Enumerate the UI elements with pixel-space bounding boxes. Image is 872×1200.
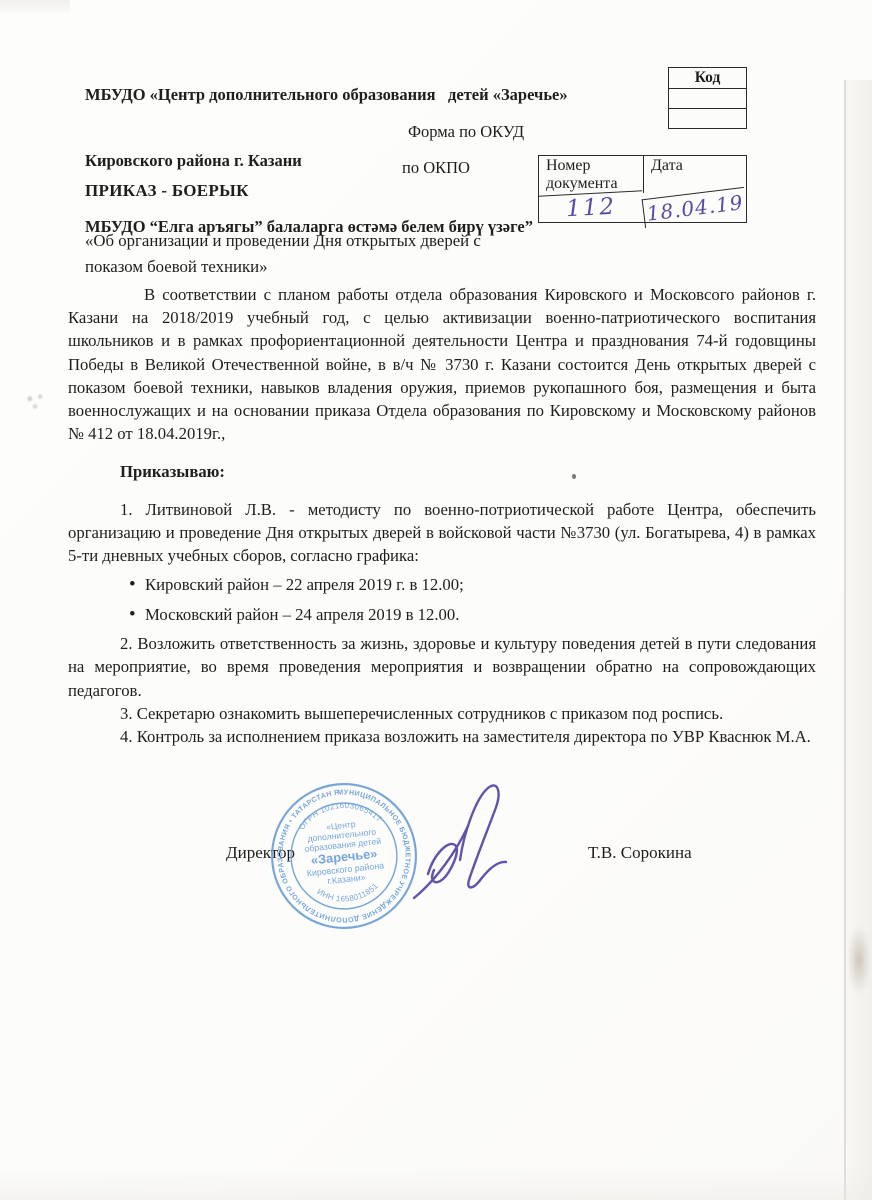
order-item-1: 1. Литвиновой Л.В. - методисту по военно… <box>68 498 816 568</box>
schedule-bullet-list: Кировский район – 22 апреля 2019 г. в 12… <box>68 570 816 630</box>
bullet-item-text: Московский район – 24 апреля 2019 в 12.0… <box>145 605 459 624</box>
order-subject-line-2: показом боевой техники» <box>85 254 575 280</box>
director-name: Т.В. Сорокина <box>588 843 692 863</box>
code-table-header: Код <box>668 67 747 89</box>
code-table-empty-cell <box>668 109 747 129</box>
code-table: Код <box>668 67 747 129</box>
bullet-item-text: Кировский район – 22 апреля 2019 г. в 12… <box>145 575 464 594</box>
scan-edge-line <box>844 80 846 1200</box>
order-subject: «Об организации и проведении Дня открыты… <box>85 228 575 280</box>
order-body: В соответствии с планом работы отдела об… <box>68 283 816 748</box>
stamp-inn-text: ИНН 1658011851 <box>315 881 382 907</box>
order-title: ПРИКАЗ - БОЕРЫК <box>85 181 249 201</box>
org-name-line-1: МБУДО «Центр дополнительного образования… <box>85 84 685 106</box>
scan-bottom-shade <box>0 1168 872 1200</box>
order-item-2: 2. Возложить ответственность за жизнь, з… <box>68 632 816 702</box>
doc-date-handwritten-value: 18.04.19 <box>642 187 748 228</box>
doc-number-date-table: Номер документа Дата 112 18.04.19 <box>538 155 747 223</box>
order-item-4: 4. Контроль за исполнением приказа возло… <box>68 725 816 748</box>
scan-smudge <box>847 925 871 995</box>
doc-number-header-cell: Номер документа <box>539 156 643 193</box>
okud-form-label: Форма по ОКУД <box>408 122 524 142</box>
doc-number-handwritten-value: 112 <box>538 190 643 224</box>
bullet-item: Московский район – 24 апреля 2019 в 12.0… <box>68 600 816 630</box>
order-subject-line-1: «Об организации и проведении Дня открыты… <box>85 228 575 254</box>
preamble-paragraph: В соответствии с планом работы отдела об… <box>68 283 816 445</box>
order-item-3: 3. Секретарю ознакомить вышеперечисленны… <box>68 702 816 725</box>
scan-edge-strip <box>846 80 872 1200</box>
resolve-heading: Приказываю: <box>68 460 816 483</box>
scanned-order-document: МБУДО «Центр дополнительного образования… <box>0 0 872 1200</box>
scan-smudge <box>22 390 48 412</box>
ink-speck <box>572 474 576 479</box>
director-signature <box>398 780 543 905</box>
code-table-empty-cell <box>668 89 747 109</box>
okpo-label: по ОКПО <box>402 158 470 178</box>
scan-corner-shade <box>0 0 70 16</box>
bullet-item: Кировский район – 22 апреля 2019 г. в 12… <box>68 570 816 600</box>
svg-text:ИНН 1658011851: ИНН 1658011851 <box>315 881 382 907</box>
